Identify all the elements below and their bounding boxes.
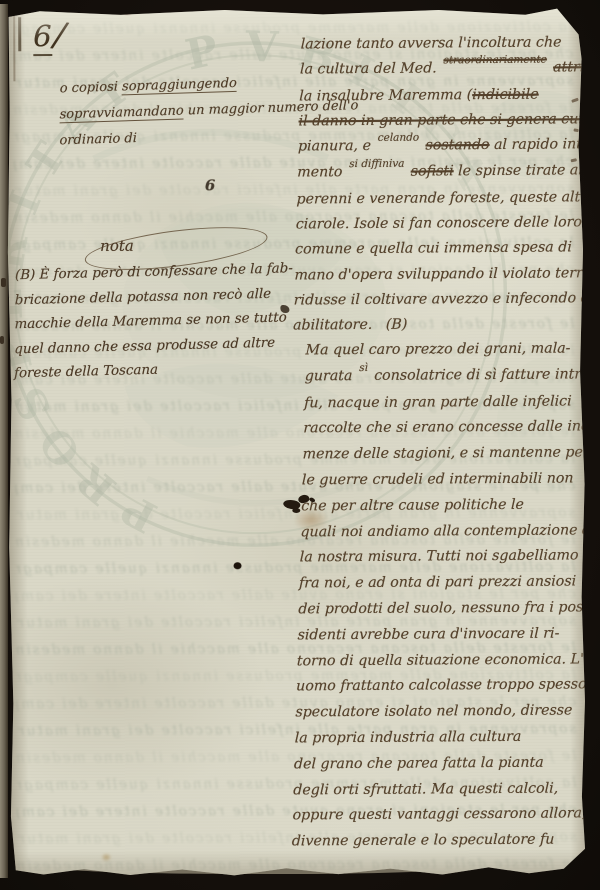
stain [101, 853, 112, 862]
manuscript-line: mento si diffiniva sofisti le spinse tir… [297, 159, 586, 188]
page-number-slash: ∕ [53, 15, 69, 55]
gutter-ink-mark [0, 336, 4, 344]
adjacent-page-edge [0, 4, 8, 878]
manuscript-line: le guerre crudeli ed interminabili non [302, 466, 591, 494]
manuscript-line: la propria industria alla cultura [294, 724, 583, 752]
stain [123, 9, 132, 15]
edge-ink-tick [573, 128, 578, 132]
manuscript-line: fra noi, e ad onta di pari prezzi ansios… [299, 570, 588, 598]
ink-dot [234, 562, 242, 569]
crease-line [13, 9, 15, 81]
stamp-number: 6 [205, 176, 216, 194]
manuscript-line: la cultura del Med. straordinariamente a… [300, 56, 589, 85]
ink-smear [293, 508, 329, 532]
manuscript-line: che per altre cause politiche le [301, 492, 590, 520]
manuscript-line: torno di quella situazione economica. L' [296, 647, 585, 675]
manuscript-line: menze delle stagioni, e si mantenne per [302, 441, 591, 469]
manuscript-line: degli orti sfruttati. Ma questi calcoli, [293, 776, 582, 804]
manuscript-line: oppure questi vantaggi cessarono allora, [292, 802, 581, 830]
page-number: 6∕ [33, 15, 67, 54]
manuscript-line: del grano che parea fatta la pianta [294, 750, 583, 778]
manuscript-line: dei prodotti del suolo, nessuno fra i po… [298, 595, 587, 623]
manuscript-scan: PROSPERITATPVBLICA la coltivazione delle… [0, 0, 600, 890]
manuscript-line: fu, nacque in gran parte dalle infelici [304, 389, 593, 417]
manuscript-line: perenni e venerande foreste, queste altr… [296, 185, 585, 213]
manuscript-line: Ma quel caro prezzo dei grani, mala- [305, 336, 594, 364]
manuscript-line: comune e quella cui immensa spesa di [295, 236, 584, 264]
correction-mark [280, 305, 289, 313]
manuscript-line: divenne generale e lo speculatore fu [291, 828, 580, 856]
manuscript-line: pianura, e celando sostando al rapido in… [298, 132, 587, 161]
manuscript-page: PROSPERITATPVBLICA la coltivazione delle… [5, 7, 587, 878]
page-number-digit: 6 [33, 19, 53, 56]
manuscript-line: raccolte che si erano concesse dalle inc… [303, 415, 592, 443]
manuscript-line: la insalubre Maremma (indicibile [299, 82, 588, 110]
manuscript-line: sidenti avrebbe cura d'invocare il ri- [297, 621, 586, 649]
manuscript-line: speculatore isolato nel mondo, diresse [295, 699, 584, 727]
manuscript-line: uomo frattanto calcolasse troppo spesso [296, 673, 585, 701]
binding-mark [18, 17, 21, 51]
manuscript-line: quali noi andiamo alla contemplazione de… [300, 518, 589, 546]
margin-note: (B) È forza però di confessare che la fa… [14, 257, 307, 387]
manuscript-line: mano d'opera sviluppando il violato terr… [294, 261, 583, 289]
margin-note-top: o copiosi sopraggiungendosopravviamandan… [59, 69, 311, 155]
manuscript-line: il danno in gran parte che si genera cui… [298, 107, 587, 135]
main-text-paragraph-1: lazione tanto avversa l'incoltura chela … [293, 30, 589, 339]
manuscript-line: abilitatore. (B) [293, 312, 582, 340]
manuscript-line: la nostra misura. Tutti noi sgabelliamo [299, 544, 588, 572]
manuscript-line: gurata sì consolatrice di sì fatture int… [304, 362, 593, 391]
manuscript-line: ridusse il coltivare avvezzo e infecondo… [293, 286, 582, 314]
main-text-paragraph-2: Ma quel caro prezzo dei grani, mala-gura… [291, 336, 593, 855]
manuscript-line: ciarole. Isole si fan conoscere delle lo… [295, 210, 584, 238]
gutter-ink-mark [1, 278, 6, 287]
margin-note-label: nota [100, 237, 134, 255]
